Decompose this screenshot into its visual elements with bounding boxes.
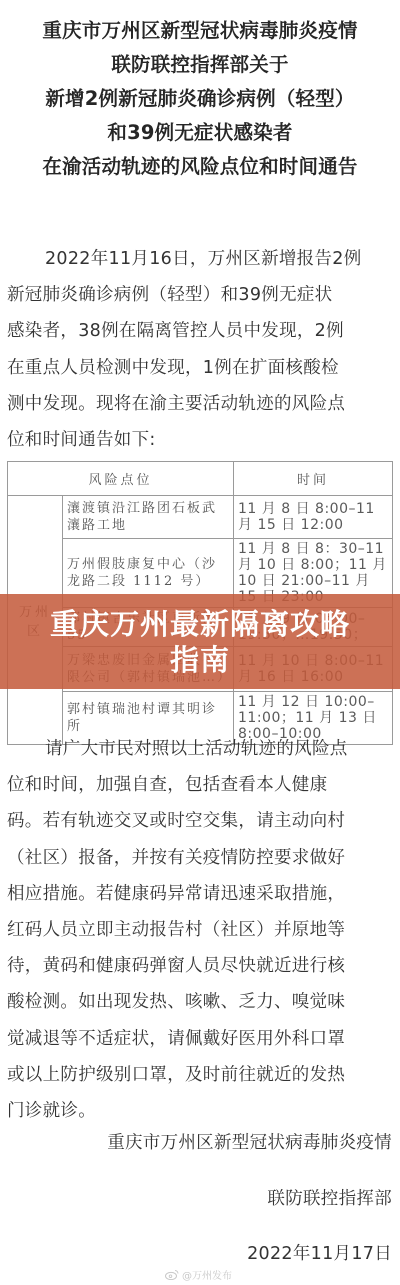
table-header-row: 风险点位 时间 bbox=[8, 462, 393, 496]
advice-line: 觉减退等不适症状，请佩戴好医用外科口罩 bbox=[7, 1021, 393, 1057]
signature-org-line1: 重庆市万州区新型冠状病毒肺炎疫情 bbox=[107, 1129, 392, 1154]
signature-date: 2022年11月17日 bbox=[247, 1240, 392, 1265]
banner-title-line2: 指南 bbox=[170, 642, 230, 678]
signature-org-line2: 联防联控指挥部 bbox=[267, 1185, 392, 1210]
advice-line: 待，黄码和健康码弹窗人员尽快就近进行核 bbox=[7, 948, 393, 984]
advice-line: 红码人员立即主动报告村（社区）并原地等 bbox=[7, 912, 393, 948]
intro-line: 感染者，38例在隔离管控人员中发现，2例 bbox=[7, 313, 393, 349]
advice-line: 或以上防护级别口罩，及时前往就近的发热 bbox=[7, 1057, 393, 1093]
title-line: 在渝活动轨迹的风险点位和时间通告 bbox=[0, 150, 400, 184]
title-line: 联防联控指挥部关于 bbox=[0, 48, 400, 82]
intro-line: 位和时间通告如下: bbox=[7, 422, 393, 458]
advice-line: 码。若有轨迹交叉或时空交集，请主动向村 bbox=[7, 803, 393, 839]
advice-line: 酸检测。如出现发热、咳嗽、乏力、嗅觉味 bbox=[7, 984, 393, 1020]
weibo-icon bbox=[165, 1269, 179, 1280]
table-row: 万州区 瀼渡镇沿江路团石板武瀼路工地 11 月 8 日 8:00–11 月 15… bbox=[8, 496, 393, 539]
advice-line: 相应措施。若健康码异常请迅速采取措施， bbox=[7, 876, 393, 912]
watermark-text: @万州发布 bbox=[182, 1267, 232, 1282]
intro-line: 2022年11月16日，万州区新增报告2例 bbox=[7, 241, 393, 277]
location-cell: 瀼渡镇沿江路团石板武瀼路工地 bbox=[63, 496, 234, 539]
advice-line: （社区）报备，并按有关疫情防控要求做好 bbox=[7, 840, 393, 876]
advice-line: 门诊就诊。 bbox=[7, 1093, 393, 1129]
watermark: @万州发布 bbox=[165, 1267, 232, 1282]
header-location: 风险点位 bbox=[8, 462, 234, 496]
intro-line: 新冠肺炎确诊病例（轻型）和39例无症状 bbox=[7, 277, 393, 313]
advice-line: 位和时间，加强自查，包括查看本人健康 bbox=[7, 767, 393, 803]
headline-banner: 重庆万州最新隔离攻略 指南 bbox=[0, 594, 400, 689]
header-time: 时间 bbox=[234, 462, 393, 496]
time-cell: 11 月 8 日 8:00–11 月 15 日 12:00 bbox=[234, 496, 393, 539]
intro-paragraph: 2022年11月16日，万州区新增报告2例 新冠肺炎确诊病例（轻型）和39例无症… bbox=[7, 241, 393, 458]
intro-line: 在重点人员检测中发现，1例在扩面核酸检 bbox=[7, 350, 393, 386]
document-title: 重庆市万州区新型冠状病毒肺炎疫情 联防联控指挥部关于 新增2例新冠肺炎确诊病例（… bbox=[0, 14, 400, 184]
intro-line: 测中发现。现将在渝主要活动轨迹的风险点 bbox=[7, 386, 393, 422]
advice-paragraph: 请广大市民对照以上活动轨迹的风险点 位和时间，加强自查，包括查看本人健康 码。若… bbox=[7, 731, 393, 1129]
title-line: 新增2例新冠肺炎确诊病例（轻型） bbox=[0, 82, 400, 116]
banner-title-line1: 重庆万州最新隔离攻略 bbox=[50, 606, 350, 642]
advice-line: 请广大市民对照以上活动轨迹的风险点 bbox=[7, 731, 393, 767]
title-line: 重庆市万州区新型冠状病毒肺炎疫情 bbox=[0, 14, 400, 48]
title-line: 和39例无症状感染者 bbox=[0, 116, 400, 150]
